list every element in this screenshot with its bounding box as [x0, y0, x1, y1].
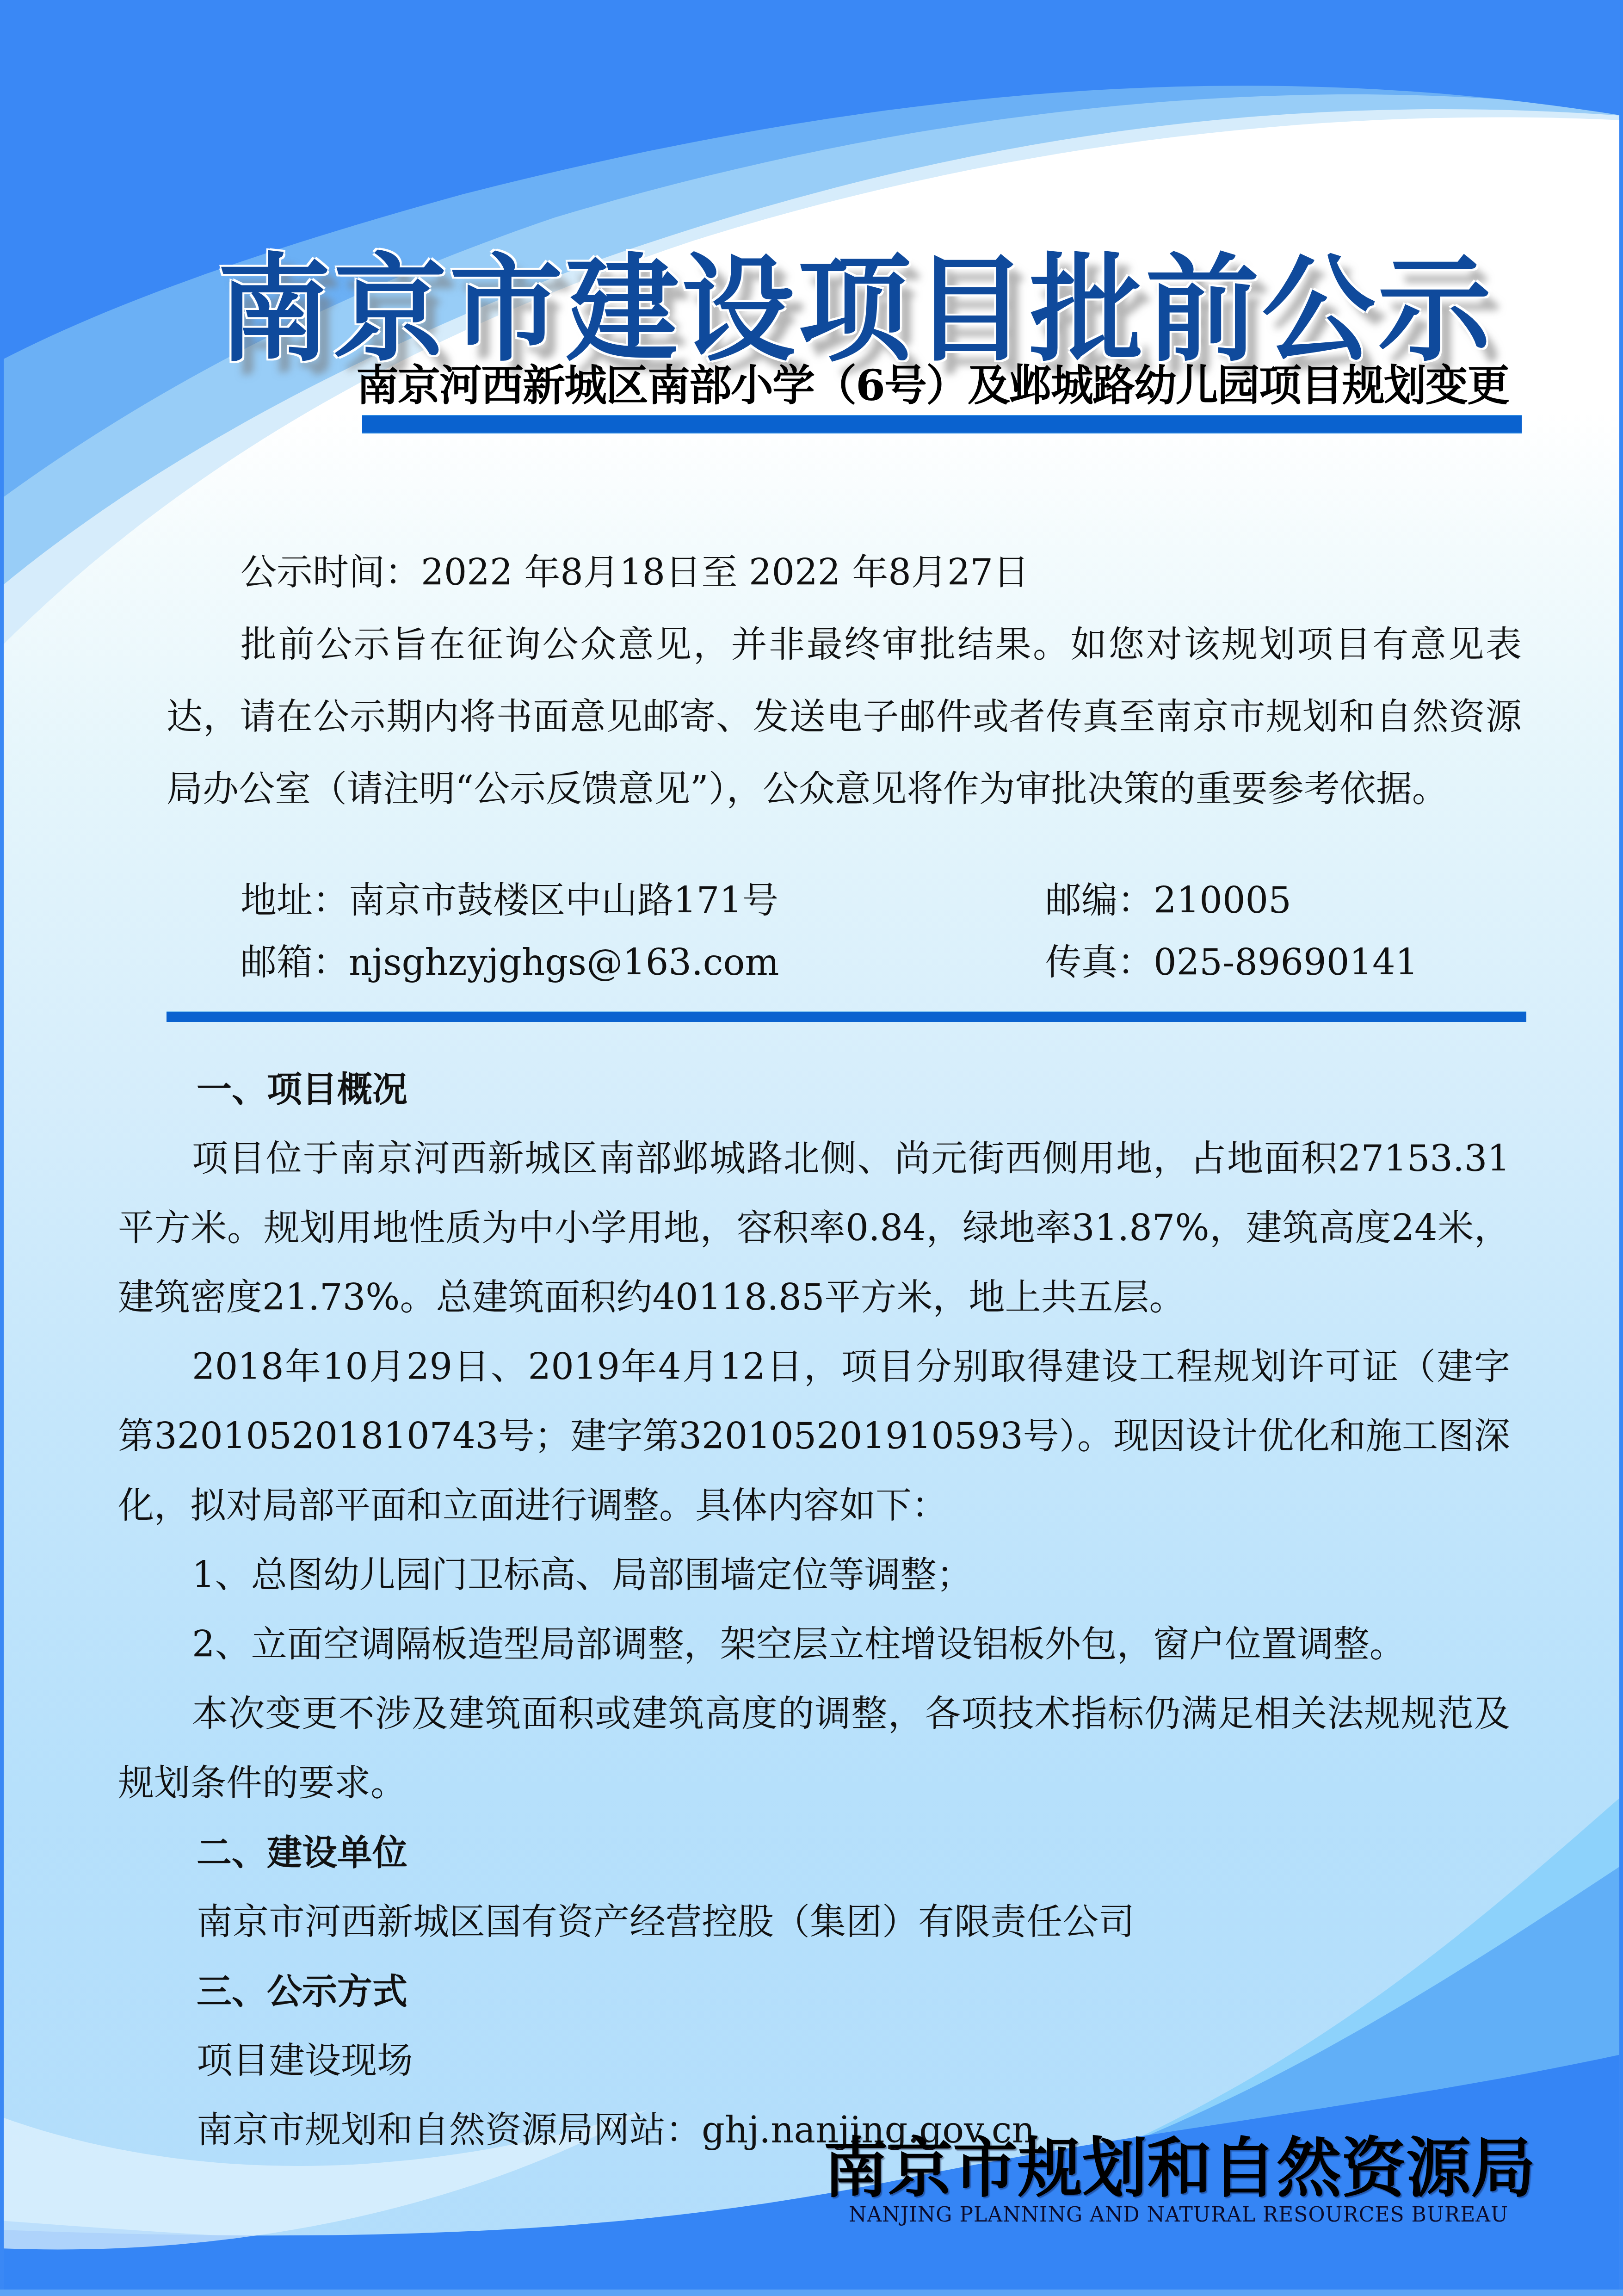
section-heading-builder: 二、建设单位 [197, 1818, 1510, 1888]
frame-bottom [0, 2290, 1623, 2296]
change-item-2: 2、立面空调隔板造型局部调整，架空层立柱增设铝板外包，窗户位置调整。 [192, 1610, 1510, 1679]
section-heading-method: 三、公示方式 [197, 1957, 1510, 2026]
notice-body: 一、项目概况 项目位于南京河西新城区南部邺城路北侧、尚元街西侧用地，占地面积27… [118, 1055, 1510, 2165]
overview-paragraph-1: 项目位于南京河西新城区南部邺城路北侧、尚元街西侧用地，占地面积27153.31平… [118, 1124, 1510, 1332]
section-divider-bar [167, 1011, 1526, 1022]
notice-poster: 南京市建设项目批前公示 南京河西新城区南部小学（6号）及邺城路幼儿园项目规划变更… [0, 0, 1623, 2296]
contact-row: 地址：南京市鼓楼区中山路171号 邮编：210005 [241, 870, 1443, 932]
bureau-english-name: NANJING PLANNING AND NATURAL RESOURCES B… [849, 2203, 1515, 2227]
contact-email: 邮箱：njsghzyjghgs@163.com [241, 932, 1045, 994]
section-heading-overview: 一、项目概况 [197, 1055, 1510, 1124]
subtitle-underline-bar [362, 415, 1522, 433]
notice-period: 公示时间：2022 年8月18日至 2022 年8月27日 [167, 537, 1522, 609]
overview-paragraph-3: 本次变更不涉及建筑面积或建筑高度的调整，各项技术指标仍满足相关法规规范及规划条件… [118, 1679, 1510, 1818]
contact-info: 地址：南京市鼓楼区中山路171号 邮编：210005 邮箱：njsghzyjgh… [241, 870, 1443, 994]
project-subtitle: 南京河西新城区南部小学（6号）及邺城路幼儿园项目规划变更 [356, 352, 1522, 413]
contact-address: 地址：南京市鼓楼区中山路171号 [241, 870, 1045, 932]
change-item-1: 1、总图幼儿园门卫标高、局部围墙定位等调整； [192, 1541, 1510, 1610]
builder-name: 南京市河西新城区国有资产经营控股（集团）有限责任公司 [197, 1888, 1510, 1957]
frame-top [0, 0, 1623, 6]
notice-block: 公示时间：2022 年8月18日至 2022 年8月27日 批前公示旨在征询公众… [167, 537, 1522, 825]
notice-purpose: 批前公示旨在征询公众意见，并非最终审批结果。如您对该规划项目有意见表达，请在公示… [167, 609, 1522, 825]
bureau-logo-text: 南京市规划和自然资源局 [823, 2117, 1536, 2209]
overview-paragraph-2: 2018年10月29日、2019年4月12日，项目分别取得建设工程规划许可证（建… [118, 1332, 1510, 1541]
contact-row: 邮箱：njsghzyjghgs@163.com 传真：025-89690141 [241, 932, 1443, 994]
frame-left [0, 0, 4, 2296]
frame-right [1619, 0, 1623, 2296]
method-site: 项目建设现场 [197, 2026, 1510, 2096]
contact-fax: 传真：025-89690141 [1045, 932, 1443, 994]
contact-postcode: 邮编：210005 [1045, 870, 1443, 932]
